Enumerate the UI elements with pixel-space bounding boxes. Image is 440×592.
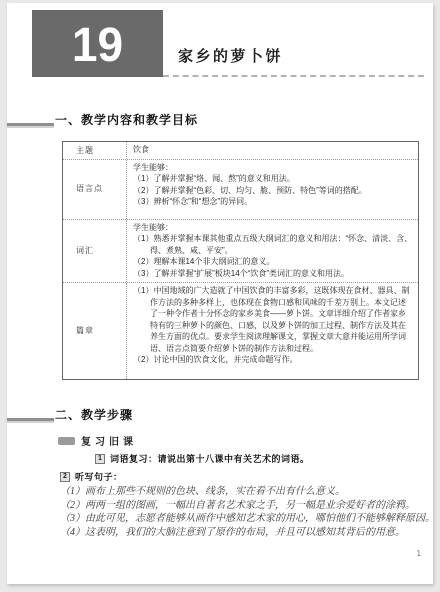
subsection-tag-icon: [58, 437, 75, 445]
table-content-line: （1）中国地域的广大造就了中国饮食的丰富多彩，这既体现在食材、器具、制作方法的多…: [133, 285, 413, 354]
subsection-label: 复习旧课: [81, 433, 137, 448]
table-content-line: （3）辨析“怀念”和“想念”的异同。: [133, 196, 413, 208]
table-row: 篇章（1）中国地域的广大造就了中国饮食的丰富多彩，这既体现在食材、器具、制作方法…: [63, 282, 418, 379]
step-number-badge: 1: [95, 454, 105, 464]
table-row-content: 学生能够：（1）熟悉并掌握本课其他重点五级大纲词汇的意义和用法：“怀念、清淡、含…: [127, 220, 418, 283]
table-content-line: （2）了解并掌握“色彩、切、均匀、脆、预防、特色”等词的搭配。: [133, 185, 413, 197]
step-text: 听写句子：: [75, 470, 123, 483]
teaching-content-table: 主题饮食语言点学生能够：（1）了解并掌握“烙、闻、熬”的意义和用法。（2）了解并…: [62, 141, 419, 380]
table-content-line: （1）了解并掌握“烙、闻、熬”的意义和用法。: [133, 173, 413, 185]
section1-heading-bar: [7, 123, 54, 128]
dictation-sentence: （2）两两一组的图画，一幅出自著名艺术家之手，另一幅是业余爱好者的涂鸦。: [60, 499, 425, 513]
dictation-sentence: （3）由此可见，志愿者能够从画作中感知艺术家的用心，哪怕他们不能够解释原因。: [60, 512, 425, 526]
section1-heading: 一、教学内容和教学目标: [55, 111, 198, 128]
table-row: 词汇学生能够：（1）熟悉并掌握本课其他重点五级大纲词汇的意义和用法：“怀念、清淡…: [63, 219, 418, 283]
table-content-line: 学生能够：: [133, 222, 413, 234]
table-row: 主题饮食: [63, 142, 418, 159]
book-page: 19 家乡的萝卜饼 一、教学内容和教学目标 主题饮食语言点学生能够：（1）了解并…: [7, 3, 433, 584]
table-row-label: 词汇: [63, 220, 127, 283]
section2-heading: 二、教学步骤: [55, 406, 133, 423]
lesson-title: 家乡的萝卜饼: [178, 45, 283, 66]
table-content-line: 饮食: [133, 144, 413, 156]
table-row-label: 语言点: [63, 160, 127, 219]
table-row-label: 主题: [63, 142, 127, 159]
table-content-line: （1）熟悉并掌握本课其他重点五级大纲词汇的意义和用法：“怀念、清淡、含、得、煮熟…: [133, 233, 413, 256]
table-content-line: （3）了解并掌握“扩展”板块14个“饮食”类词汇的意义和用法。: [133, 268, 413, 280]
table-row-content: 学生能够：（1）了解并掌握“烙、闻、熬”的意义和用法。（2）了解并掌握“色彩、切…: [127, 160, 418, 219]
dictation-sentence-list: （1）画布上那些不规则的色块、线条，实在看不出有什么意义。（2）两两一组的图画，…: [60, 485, 425, 539]
step-text: 词语复习：请说出第十八课中有关艺术的词语。: [110, 452, 310, 465]
lesson-number-box: 19: [32, 10, 163, 77]
textbook-page-background: { "colors": { "header_box": "#6a6a6a", "…: [0, 0, 440, 592]
dictation-sentence: （1）画布上那些不规则的色块、线条，实在看不出有什么意义。: [60, 485, 425, 499]
subsection-review: 复习旧课: [58, 433, 137, 448]
section2-heading-bar: [7, 418, 54, 423]
table-content-line: （2）讨论中国的饮食文化，并完成命题写作。: [133, 354, 413, 366]
step-item-2: 2 听写句子：: [60, 470, 123, 483]
page-number: 1: [417, 549, 421, 558]
lesson-number: 19: [72, 19, 123, 67]
content-table-body: 主题饮食语言点学生能够：（1）了解并掌握“烙、闻、熬”的意义和用法。（2）了解并…: [63, 142, 418, 379]
table-row: 语言点学生能够：（1）了解并掌握“烙、闻、熬”的意义和用法。（2）了解并掌握“色…: [63, 159, 418, 219]
table-content-line: 学生能够：: [133, 162, 413, 174]
table-content-line: （2）理解本课14个非大纲词汇的意义。: [133, 256, 413, 268]
dictation-sentence: （4）这表明，我们的大脑注意到了原作的布局，并且可以感知其背后的用意。: [60, 526, 425, 540]
table-row-label: 篇章: [63, 283, 127, 379]
table-row-content: （1）中国地域的广大造就了中国饮食的丰富多彩，这既体现在食材、器具、制作方法的多…: [127, 283, 418, 379]
header-dashed-divider: [163, 75, 424, 77]
table-row-content: 饮食: [127, 142, 418, 159]
step-number-badge: 2: [60, 472, 70, 482]
step-item-1: 1 词语复习：请说出第十八课中有关艺术的词语。: [95, 452, 310, 465]
